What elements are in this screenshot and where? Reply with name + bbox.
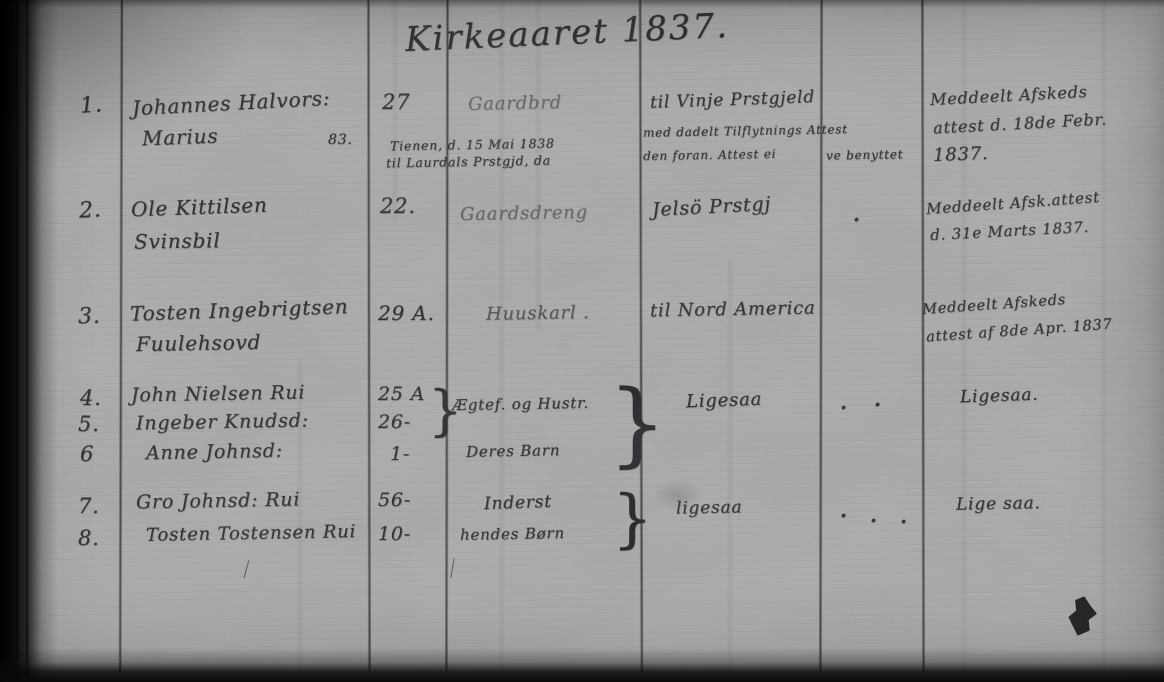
entry-1-destination-line1: til Vinje Prstgjeld	[650, 89, 816, 112]
paper-crease	[1102, 0, 1106, 672]
entry-3-attest-line1: Meddeelt Afskeds	[922, 293, 1067, 318]
column-rule-2	[367, 0, 370, 672]
entry-7-age: 56-	[378, 491, 411, 510]
column-rule-1	[119, 0, 123, 672]
entry-1-number: 1.	[79, 94, 103, 118]
entry-7-number: 7.	[78, 496, 100, 517]
entry-1-age: 27	[382, 92, 410, 113]
book-spine-edge	[0, 0, 58, 682]
entry-5-name: Ingeber Knudsd:	[136, 411, 309, 433]
entry-3-attest-line2: attest af 8de Apr. 1837	[926, 318, 1113, 345]
ink-dot: .	[874, 389, 882, 409]
entry-1-name-line1: Johannes Halvors:	[132, 88, 331, 118]
column-rule-3	[445, 0, 448, 672]
entry-3-name-line1: Tosten Ingebrigtsen	[130, 296, 349, 324]
scratch-mark	[244, 560, 250, 578]
entry-2-occupation: Gaardsdreng	[460, 204, 588, 224]
column-rule-5	[819, 0, 822, 672]
entry-2-attest-line2: d. 31e Marts 1837.	[930, 220, 1090, 243]
entry-4-age: 25 A	[378, 385, 425, 404]
entry-3-age: 29 A.	[378, 303, 435, 323]
group-1-attest: Ligesaa.	[960, 387, 1039, 407]
group-2-brace-right: }	[612, 487, 653, 551]
ink-dot: .	[840, 500, 848, 520]
spine-streak	[16, 0, 18, 682]
entry-3-destination: til Nord America	[650, 300, 816, 321]
entry-1-destination-line2: med dadelt Tilflytnings Attest	[643, 123, 848, 139]
group-1-brace-right: }	[608, 378, 667, 470]
entry-2-number: 2.	[78, 199, 102, 222]
page-bottom-edge	[0, 648, 1164, 682]
ink-dot: .	[900, 506, 908, 526]
scratch-mark	[450, 558, 454, 578]
entry-3-number: 3.	[78, 306, 101, 329]
entry-1-name-line2: Marius	[142, 126, 219, 149]
paper-crease	[298, 360, 302, 672]
entry-2-name-line2: Svinsbil	[134, 230, 221, 252]
entry-1-destination-line3: den foran. Attest ei	[643, 148, 776, 162]
register-page-scan: Kirkeaaret 1837. 1. Johannes Halvors: Ma…	[0, 0, 1164, 682]
entry-6-number: 6	[80, 444, 94, 465]
entry-2-name-line1: Ole Kittilsen	[131, 195, 268, 220]
group-2-attest: Lige saa.	[956, 495, 1041, 513]
entry-8-name: Tosten Tostensen Rui	[146, 523, 356, 545]
group-2-destination: ligesaa	[676, 499, 743, 517]
spine-streak	[26, 0, 28, 682]
entry-1-note-line1: Tienen, d. 15 Mai 1838	[390, 138, 555, 153]
corner-shadow	[0, 0, 260, 180]
entry-5-number: 5.	[78, 414, 100, 435]
entry-1-attest-line2: attest d. 18de Febr.	[933, 111, 1108, 136]
page-title: Kirkeaaret 1837.	[404, 9, 729, 57]
group-2-occupation-line2: hendes Børn	[460, 526, 565, 543]
entry-4-name: John Nielsen Rui	[131, 383, 306, 405]
entry-3-name-line2: Fuulehsovd	[136, 332, 262, 354]
page-top-edge	[0, 0, 1164, 8]
entry-1-note-line2: til Laurdals Prstgjd, da	[386, 155, 551, 170]
entry-6-age: 1-	[390, 445, 410, 464]
entry-5-age: 26-	[378, 413, 411, 432]
entry-1-attest-line3: 1837.	[933, 145, 989, 165]
entry-4-number: 4.	[80, 388, 102, 409]
ink-dot: .	[853, 204, 861, 224]
ink-dot: .	[840, 392, 848, 412]
paper-crease	[728, 260, 732, 672]
entry-7-name: Gro Johnsd: Rui	[136, 491, 301, 513]
entry-1-attest-line1: Meddeelt Afskeds	[930, 84, 1088, 108]
entry-1-name-note: 83.	[328, 133, 353, 147]
entry-2-destination: Jelsö Prstgj	[652, 195, 772, 220]
group-1-destination: Ligesaa	[686, 391, 763, 412]
ink-dot: .	[870, 505, 878, 525]
entry-1-destination-line4: ve benyttet	[826, 148, 904, 161]
ink-blot	[1062, 593, 1101, 639]
column-rule-6	[921, 0, 924, 672]
entry-2-age: 22.	[380, 196, 416, 217]
entry-6-name: Anne Johnsd:	[146, 442, 283, 463]
group-2-occupation-line1: Inderst	[484, 494, 552, 513]
group-1-occupation-line2: Deres Barn	[466, 443, 560, 460]
entry-8-age: 10-	[378, 525, 411, 544]
group-1-occupation-line1: Ægtef. og Hustr.	[452, 396, 589, 413]
column-rule-4	[639, 0, 643, 672]
entry-2-attest-line1: Meddeelt Afsk.attest	[926, 190, 1101, 217]
entry-8-number: 8.	[78, 528, 100, 549]
entry-3-occupation: Huuskarl .	[486, 304, 590, 324]
entry-1-occupation: Gaardbrd	[468, 94, 562, 114]
